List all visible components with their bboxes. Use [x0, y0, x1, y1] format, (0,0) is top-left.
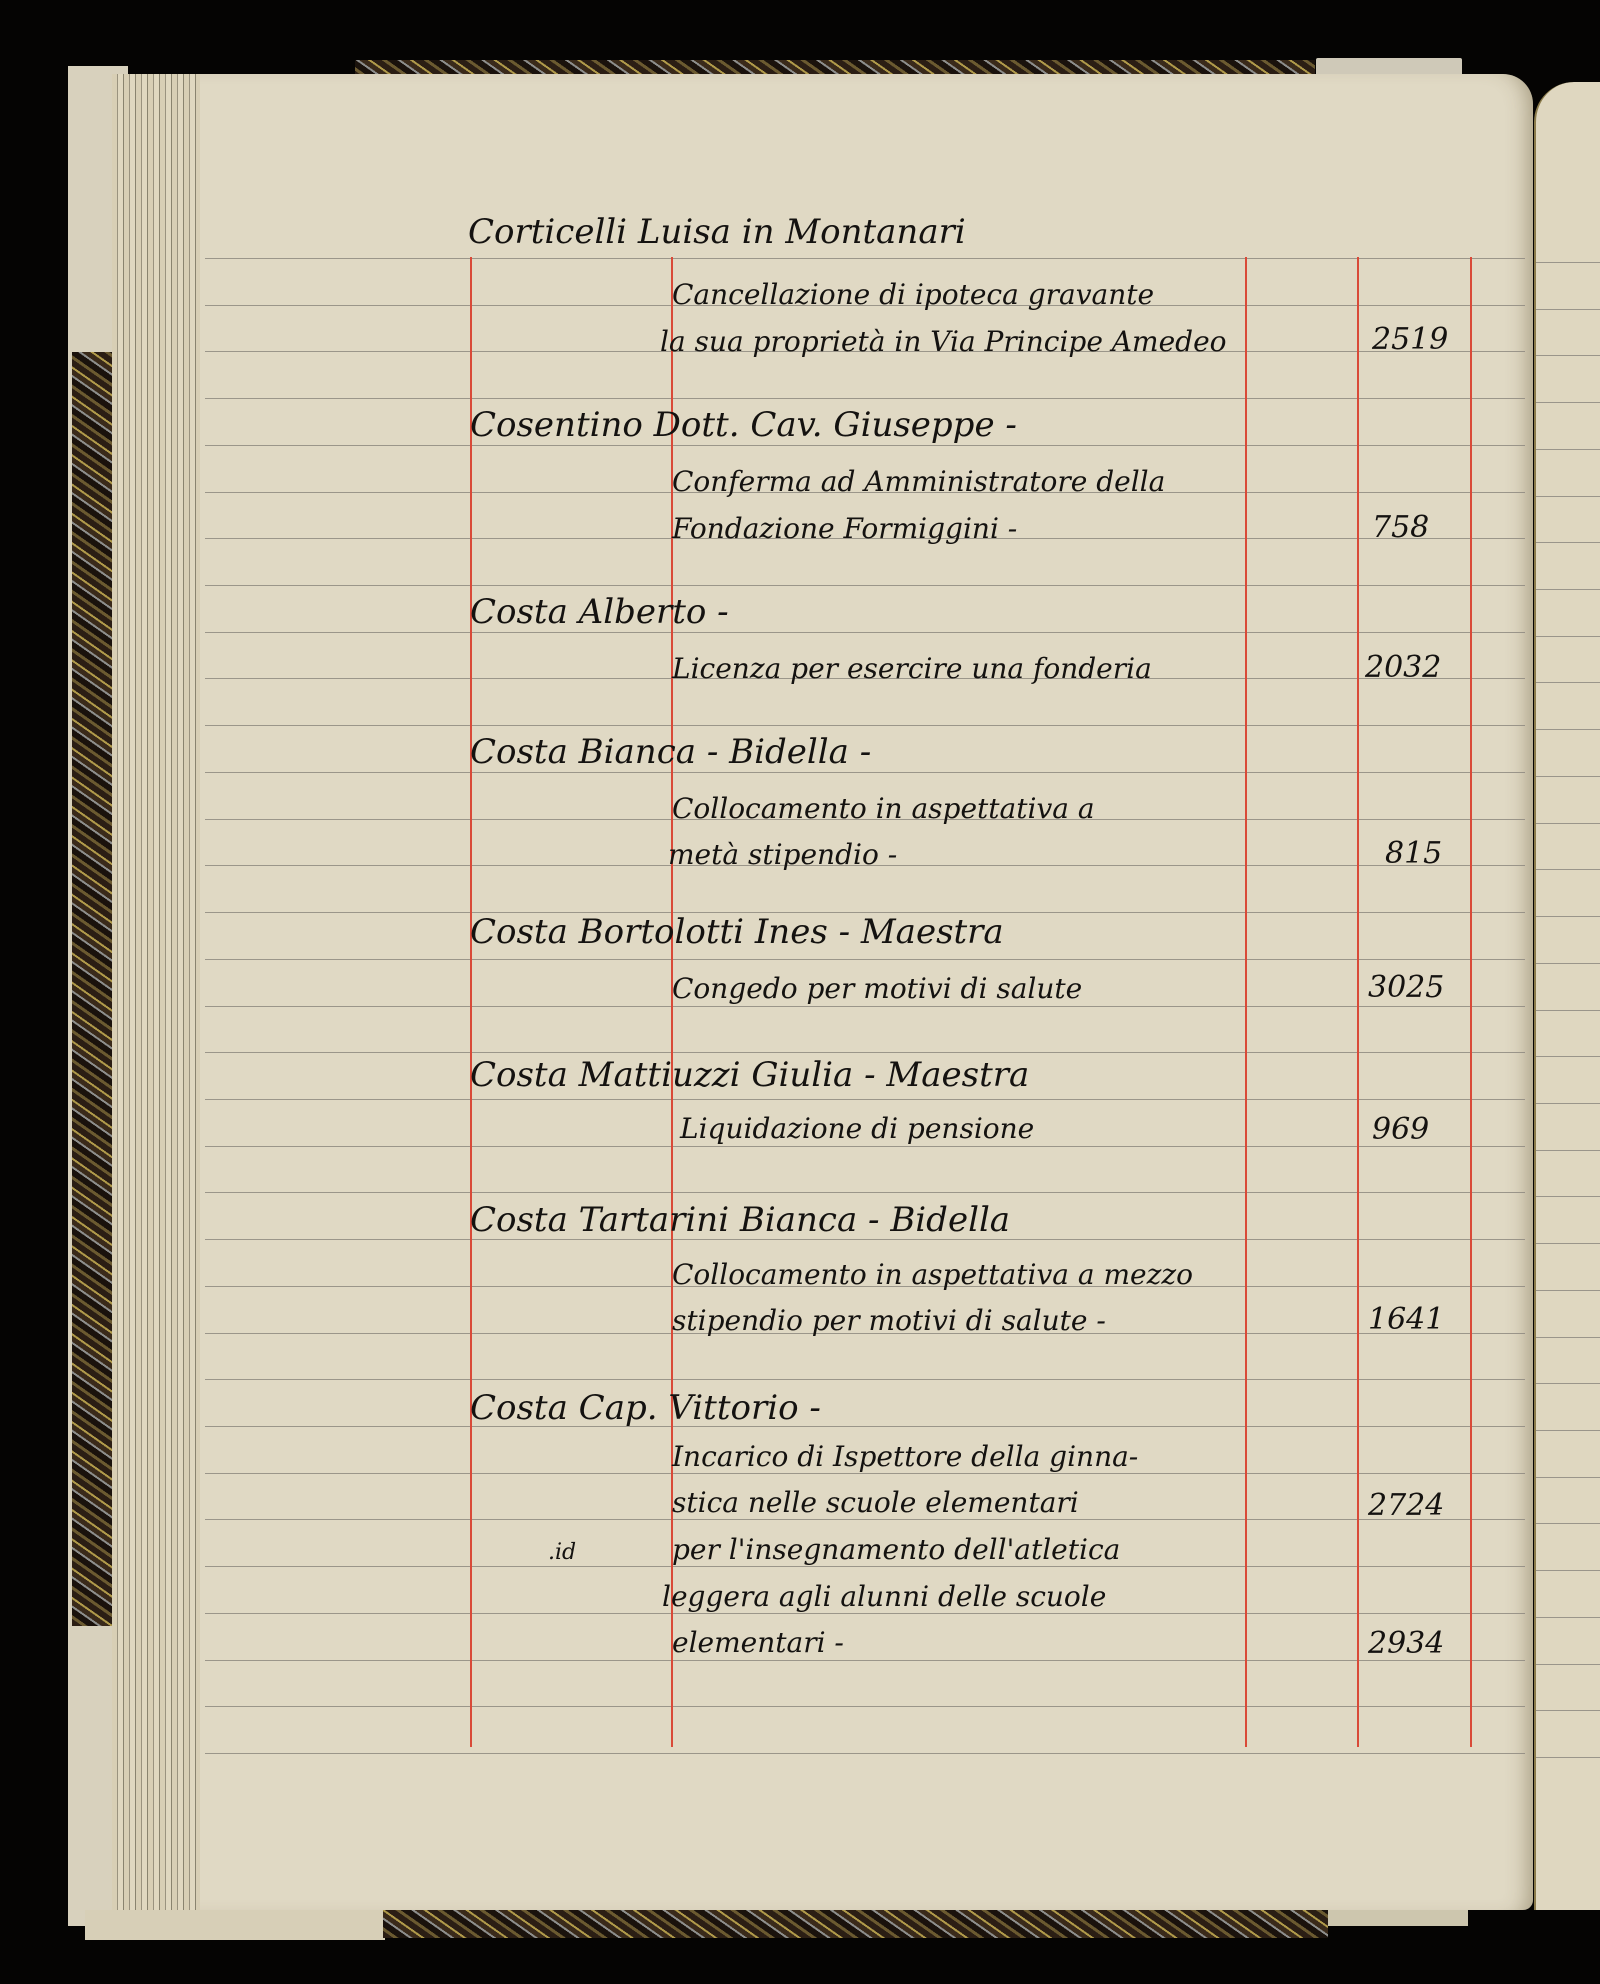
ruled-line	[205, 1192, 1525, 1193]
cloth-corner-bottom-right	[1328, 1908, 1468, 1926]
facing-ruled-line	[1536, 402, 1600, 403]
ruled-line	[205, 1473, 1525, 1474]
facing-ruled-line	[1536, 1103, 1600, 1104]
entry-number: 758	[1372, 510, 1429, 545]
entry-name: Costa Alberto -	[470, 592, 729, 632]
entry-name: Costa Bianca - Bidella -	[470, 732, 871, 772]
entry-description: Liquidazione di pensione	[680, 1112, 1034, 1145]
entry-description: Fondazione Formiggini -	[672, 512, 1017, 545]
entry-description: Cancellazione di ipoteca gravante	[672, 278, 1154, 311]
facing-ruled-line	[1536, 1010, 1600, 1011]
ruled-line	[205, 1660, 1525, 1661]
ruled-line	[205, 1519, 1525, 1520]
facing-ruled-line	[1536, 636, 1600, 637]
entry-number: 1641	[1368, 1302, 1444, 1337]
facing-ruled-line	[1536, 1477, 1600, 1478]
ruled-line	[205, 445, 1525, 446]
facing-ruled-line	[1536, 1150, 1600, 1151]
entry-description: Incarico di Ispettore della ginna-	[672, 1440, 1138, 1473]
entry-number: 2724	[1368, 1488, 1444, 1523]
entry-description: Collocamento in aspettativa a mezzo	[672, 1258, 1193, 1291]
facing-ruled-line	[1536, 1570, 1600, 1571]
facing-ruled-line	[1536, 823, 1600, 824]
facing-ruled-line	[1536, 963, 1600, 964]
entry-description: metà stipendio -	[668, 838, 897, 871]
ruled-line	[205, 1146, 1525, 1147]
facing-ruled-line	[1536, 1710, 1600, 1711]
column-rule-3	[1245, 257, 1247, 1747]
ruled-line	[205, 1613, 1525, 1614]
entry-number: 2519	[1372, 322, 1448, 357]
facing-ruled-line	[1536, 1383, 1600, 1384]
facing-ruled-line	[1536, 1617, 1600, 1618]
facing-ruled-line	[1536, 1056, 1600, 1057]
entry-description: Collocamento in aspettativa a	[672, 792, 1095, 825]
facing-ruled-line	[1536, 776, 1600, 777]
ruled-line	[205, 725, 1525, 726]
entry-name: Costa Bortolotti Ines - Maestra	[470, 912, 1004, 952]
ruled-line	[205, 1706, 1525, 1707]
facing-ruled-line	[1536, 309, 1600, 310]
column-rule-5	[1470, 257, 1472, 1747]
entry-name: Costa Cap. Vittorio -	[470, 1388, 821, 1428]
facing-ruled-line	[1536, 542, 1600, 543]
entry-name: Corticelli Luisa in Montanari	[468, 212, 966, 252]
ruled-line	[205, 1566, 1525, 1567]
entry-name: Costa Tartarini Bianca - Bidella	[470, 1200, 1010, 1240]
entry-description: stipendio per motivi di salute -	[672, 1304, 1106, 1337]
facing-ruled-line	[1536, 1243, 1600, 1244]
entry-name: Costa Mattiuzzi Giulia - Maestra	[470, 1055, 1029, 1095]
facing-ruled-line	[1536, 1337, 1600, 1338]
column-rule-4	[1357, 257, 1359, 1747]
ruled-line	[205, 585, 1525, 586]
ruled-line	[205, 258, 1525, 259]
entry-description: per l'insegnamento dell'atletica	[672, 1533, 1120, 1566]
ruled-line	[205, 1006, 1525, 1007]
facing-ruled-line	[1536, 1430, 1600, 1431]
facing-ruled-line	[1536, 1664, 1600, 1665]
facing-ruled-line	[1536, 496, 1600, 497]
entry-description: leggera agli alunni delle scuole	[662, 1580, 1106, 1613]
entry-description: Conferma ad Amministratore della	[672, 465, 1165, 498]
facing-ruled-line	[1536, 589, 1600, 590]
entry-description: Congedo per motivi di salute	[672, 972, 1082, 1005]
ruled-line	[205, 1099, 1525, 1100]
margin-idem-mark: .id	[548, 1540, 576, 1565]
facing-ruled-line	[1536, 1290, 1600, 1291]
facing-ruled-line	[1536, 682, 1600, 683]
ruled-line	[205, 1753, 1525, 1754]
entry-number: 3025	[1368, 970, 1444, 1005]
column-rule-1	[470, 257, 472, 1747]
entry-description: Licenza per esercire una fonderia	[672, 652, 1152, 685]
entry-description: la sua proprietà in Via Principe Amedeo	[660, 325, 1227, 358]
facing-ruled-line	[1536, 355, 1600, 356]
cloth-corner-bottom-left	[85, 1910, 385, 1940]
marbled-cover-bottom	[383, 1908, 1328, 1938]
ruled-line	[205, 1379, 1525, 1380]
facing-ruled-line	[1536, 449, 1600, 450]
facing-ruled-line	[1536, 1757, 1600, 1758]
ruled-line	[205, 959, 1525, 960]
ruled-line	[205, 772, 1525, 773]
facing-ruled-line	[1536, 916, 1600, 917]
ruled-line	[205, 1052, 1525, 1053]
entry-name: Cosentino Dott. Cav. Giuseppe -	[470, 405, 1017, 445]
facing-ruled-line	[1536, 262, 1600, 263]
ruled-line	[205, 398, 1525, 399]
entry-number: 815	[1385, 836, 1442, 871]
entry-number: 2934	[1368, 1626, 1444, 1661]
facing-ruled-line	[1536, 869, 1600, 870]
facing-ruled-line	[1536, 1523, 1600, 1524]
entry-description: elementari -	[672, 1626, 844, 1659]
facing-page-edge	[1534, 82, 1600, 1910]
entry-number: 2032	[1365, 650, 1441, 685]
facing-ruled-line	[1536, 729, 1600, 730]
entry-number: 969	[1372, 1112, 1429, 1147]
ruled-line	[205, 1426, 1525, 1427]
entry-description: stica nelle scuole elementari	[672, 1486, 1079, 1519]
ruled-line	[205, 632, 1525, 633]
facing-ruled-line	[1536, 1196, 1600, 1197]
